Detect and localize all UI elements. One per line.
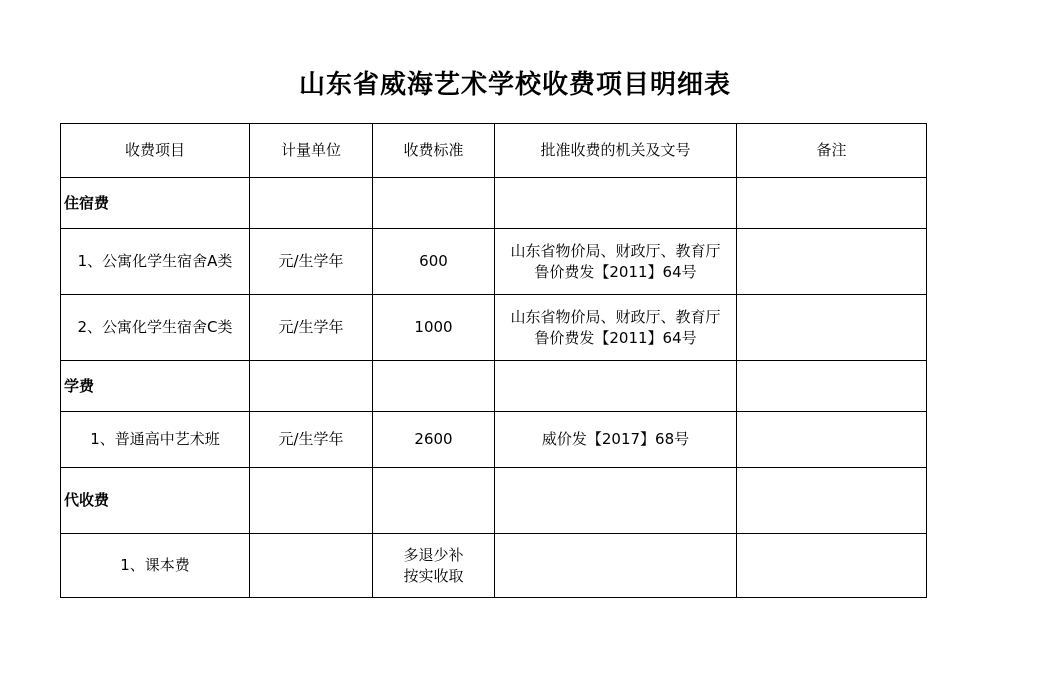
authority-line-1: 山东省物价局、财政厅、教育厅 — [499, 307, 732, 328]
authority-cell: 山东省物价局、财政厅、教育厅 鲁价费发【2011】64号 — [495, 229, 737, 295]
standard-cell: 2600 — [373, 412, 495, 468]
authority-line-2: 鲁价费发【2011】64号 — [499, 328, 732, 349]
category-label: 代收费 — [61, 468, 250, 534]
standard-cell — [373, 468, 495, 534]
header-note: 备注 — [737, 124, 927, 178]
authority-cell: 山东省物价局、财政厅、教育厅 鲁价费发【2011】64号 — [495, 295, 737, 361]
authority-cell — [495, 534, 737, 598]
unit-cell: 元/生学年 — [250, 412, 373, 468]
note-cell — [737, 468, 927, 534]
note-cell — [737, 178, 927, 229]
standard-cell — [373, 361, 495, 412]
item-cell: 1、课本费 — [61, 534, 250, 598]
standard-line: 2600 — [377, 429, 490, 450]
standard-line-2: 按实收取 — [377, 566, 490, 587]
authority-cell — [495, 468, 737, 534]
authority-cell — [495, 361, 737, 412]
note-cell — [737, 229, 927, 295]
unit-cell: 元/生学年 — [250, 229, 373, 295]
standard-line: 1000 — [377, 317, 490, 338]
unit-cell — [250, 468, 373, 534]
unit-cell — [250, 178, 373, 229]
unit-cell: 元/生学年 — [250, 295, 373, 361]
authority-line-1: 山东省物价局、财政厅、教育厅 — [499, 241, 732, 262]
standard-cell: 多退少补 按实收取 — [373, 534, 495, 598]
table-row-category: 代收费 — [61, 468, 927, 534]
item-cell: 1、公寓化学生宿舍A类 — [61, 229, 250, 295]
standard-cell: 600 — [373, 229, 495, 295]
unit-cell — [250, 534, 373, 598]
table-header-row: 收费项目 计量单位 收费标准 批准收费的机关及文号 备注 — [61, 124, 927, 178]
standard-line-1: 多退少补 — [377, 545, 490, 566]
authority-line-1: 威价发【2017】68号 — [499, 429, 732, 450]
item-cell: 1、普通高中艺术班 — [61, 412, 250, 468]
note-cell — [737, 295, 927, 361]
header-fee-item: 收费项目 — [61, 124, 250, 178]
table-row: 1、课本费 多退少补 按实收取 — [61, 534, 927, 598]
authority-line-2: 鲁价费发【2011】64号 — [499, 262, 732, 283]
header-unit: 计量单位 — [250, 124, 373, 178]
document-title: 山东省威海艺术学校收费项目明细表 — [0, 64, 1030, 101]
authority-cell: 威价发【2017】68号 — [495, 412, 737, 468]
standard-cell: 1000 — [373, 295, 495, 361]
note-cell — [737, 412, 927, 468]
table-row: 1、普通高中艺术班 元/生学年 2600 威价发【2017】68号 — [61, 412, 927, 468]
unit-cell — [250, 361, 373, 412]
table-row: 1、公寓化学生宿舍A类 元/生学年 600 山东省物价局、财政厅、教育厅 鲁价费… — [61, 229, 927, 295]
standard-line: 600 — [377, 251, 490, 272]
table-row: 2、公寓化学生宿舍C类 元/生学年 1000 山东省物价局、财政厅、教育厅 鲁价… — [61, 295, 927, 361]
header-standard: 收费标准 — [373, 124, 495, 178]
standard-cell — [373, 178, 495, 229]
fee-table: 收费项目 计量单位 收费标准 批准收费的机关及文号 备注 住宿费 1、公寓化学生… — [60, 123, 927, 598]
note-cell — [737, 534, 927, 598]
header-authority: 批准收费的机关及文号 — [495, 124, 737, 178]
authority-cell — [495, 178, 737, 229]
table-row-category: 住宿费 — [61, 178, 927, 229]
note-cell — [737, 361, 927, 412]
item-cell: 2、公寓化学生宿舍C类 — [61, 295, 250, 361]
category-label: 住宿费 — [61, 178, 250, 229]
table-row-category: 学费 — [61, 361, 927, 412]
category-label: 学费 — [61, 361, 250, 412]
